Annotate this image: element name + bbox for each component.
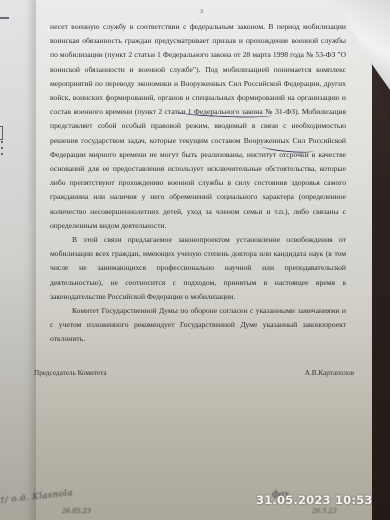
- left-sheet-box-mark: [0, 126, 3, 140]
- paragraph-committee-recommendation: Комитет Государственной Думы по обороне …: [50, 304, 346, 347]
- paragraph-mobilization: несет военную службу в соответствии с фе…: [50, 20, 346, 233]
- paragraph-exemption: В этой связи предлагаемое законопроектом…: [50, 233, 346, 304]
- left-sheet-mark: [0, 17, 9, 19]
- handwritten-date-left: 26.05.23: [62, 507, 91, 515]
- document-photo: 3 несет военную службу в соответствии с …: [0, 0, 390, 520]
- signatory-title: Председатель Комитета: [34, 369, 107, 377]
- document-body: несет военную службу в соответствии с фе…: [50, 20, 346, 347]
- camera-timestamp: 31.05.2023 10:53: [256, 493, 373, 507]
- signatory-name: А.В.Картаполов: [305, 369, 354, 377]
- handwritten-date-right: 26.5.23: [312, 507, 337, 515]
- page-number: 3: [200, 9, 203, 15]
- left-sheet-dots: [1, 141, 5, 159]
